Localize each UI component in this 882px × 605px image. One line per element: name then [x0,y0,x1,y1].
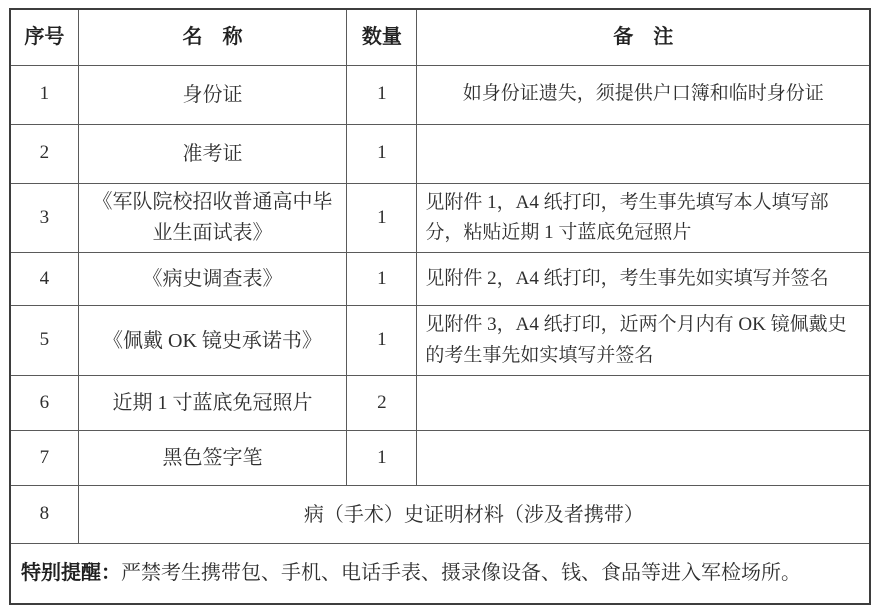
materials-table: 序号 名 称 数量 备 注 1 身份证 1 如身份证遗失，须提供户口簿和临时身份… [9,8,871,605]
row-remark: 见附件 1，A4 纸打印，考生事先填写本人填写部分，粘贴近期 1 寸蓝底免冠照片 [417,183,870,253]
row-name-text: 身份证 [182,80,242,111]
row-name: 准考证 [78,124,347,183]
footer-text: 严禁考生携带包、手机、电话手表、摄录像设备、钱、食品等进入军检场所。 [121,562,801,584]
table-row: 6 近期 1 寸蓝底免冠照片 2 [10,376,870,431]
table-row: 7 黑色签字笔 1 [10,431,870,486]
row-qty: 1 [347,253,417,306]
table-row: 5 《佩戴 OK 镜史承诺书》 1 见附件 3，A4 纸打印，近两个月内有 OK… [10,306,870,376]
row-name-text: 准考证 [182,139,242,170]
row-name: 《病史调查表》 [78,253,347,306]
row-remark: 如身份证遗失，须提供户口簿和临时身份证 [417,65,870,124]
row-qty: 1 [347,65,417,124]
page: { "colors":{ "text":"#2e2e2e", "border_i… [0,0,882,605]
row-name: 身份证 [78,65,347,124]
row-remark: 见附件 3，A4 纸打印，近两个月内有 OK 镜佩戴史的考生事先如实填写并签名 [417,306,870,376]
row-qty: 1 [347,306,417,376]
row-remark [417,124,870,183]
table-footer-row: 特别提醒：严禁考生携带包、手机、电话手表、摄录像设备、钱、食品等进入军检场所。 [10,544,870,604]
row-remark [417,431,870,486]
row-no: 6 [10,376,78,431]
row-name-text: 《军队院校招收普通高中毕业生面试表》 [88,187,336,249]
header-qty: 数量 [347,9,417,65]
header-remark: 备 注 [417,9,870,65]
header-name: 名 称 [78,9,347,65]
row-qty: 2 [347,376,417,431]
merged-row-content: 病（手术）史证明材料（涉及者携带） [78,486,870,544]
row-remark: 见附件 2，A4 纸打印，考生事先如实填写并签名 [417,253,870,306]
row-remark [417,376,870,431]
row-no: 3 [10,183,78,253]
row-name: 《佩戴 OK 镜史承诺书》 [78,306,347,376]
merged-row-no: 8 [10,486,78,544]
table-row: 1 身份证 1 如身份证遗失，须提供户口簿和临时身份证 [10,65,870,124]
row-name-text: 黑色签字笔 [162,443,262,474]
row-name-text: 《佩戴 OK 镜史承诺书》 [103,326,322,357]
row-no: 7 [10,431,78,486]
row-no: 5 [10,306,78,376]
table-row: 2 准考证 1 [10,124,870,183]
table-row: 4 《病史调查表》 1 见附件 2，A4 纸打印，考生事先如实填写并签名 [10,253,870,306]
footer-label: 特别提醒： [21,562,121,584]
row-qty: 1 [347,431,417,486]
row-no: 4 [10,253,78,306]
row-qty: 1 [347,183,417,253]
header-no: 序号 [10,9,78,65]
row-name: 近期 1 寸蓝底免冠照片 [78,376,347,431]
row-qty: 1 [347,124,417,183]
footer-cell: 特别提醒：严禁考生携带包、手机、电话手表、摄录像设备、钱、食品等进入军检场所。 [10,544,870,604]
row-no: 2 [10,124,78,183]
row-name-text: 《病史调查表》 [142,264,282,295]
row-name-text: 近期 1 寸蓝底免冠照片 [112,388,312,419]
row-no: 1 [10,65,78,124]
table-header-row: 序号 名 称 数量 备 注 [10,9,870,65]
table-row: 3 《军队院校招收普通高中毕业生面试表》 1 见附件 1，A4 纸打印，考生事先… [10,183,870,253]
row-name: 《军队院校招收普通高中毕业生面试表》 [78,183,347,253]
row-name: 黑色签字笔 [78,431,347,486]
table-row-merged: 8 病（手术）史证明材料（涉及者携带） [10,486,870,544]
